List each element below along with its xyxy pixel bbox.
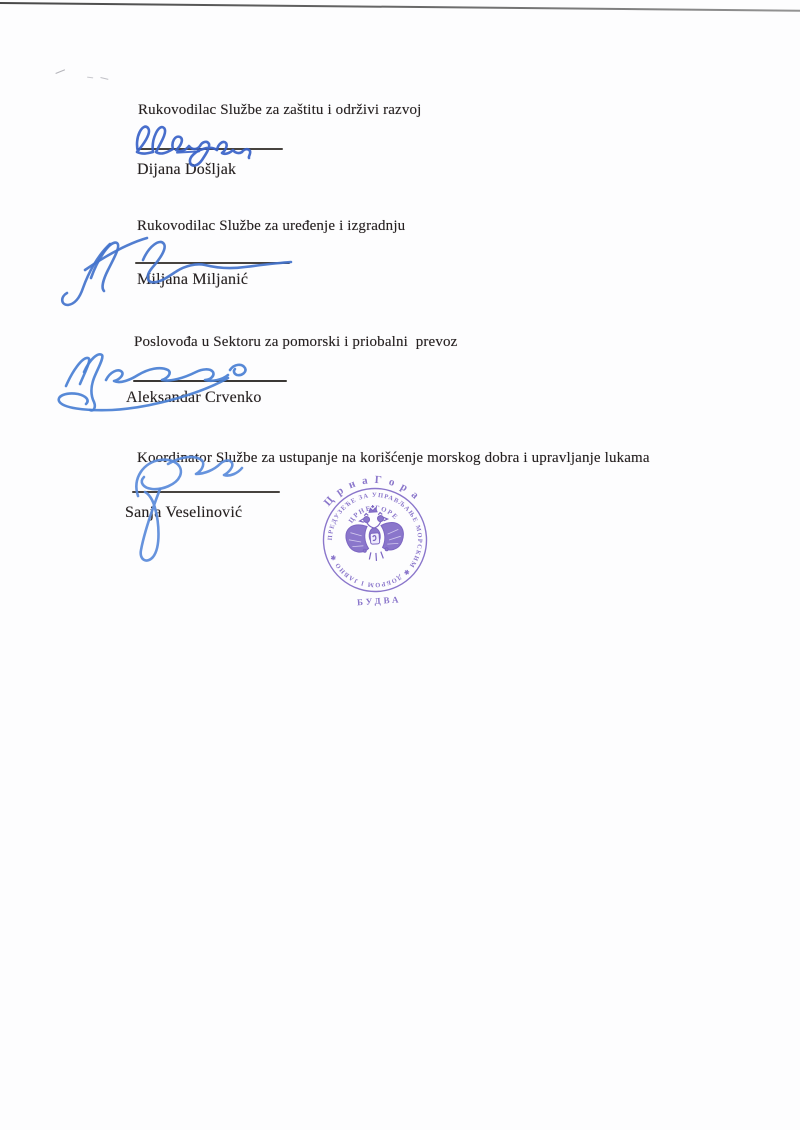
scanned-page: Rukovodilac Službe za zaštitu i održivi … xyxy=(0,0,800,1130)
pencil-mark xyxy=(55,69,66,77)
stamp-outer-text: Ц р н а Г о р а xyxy=(320,471,423,510)
pencil-mark xyxy=(87,77,93,81)
signature-ink xyxy=(128,112,298,170)
stamp-city-text: БУДВА xyxy=(357,594,402,607)
signature-ink xyxy=(50,342,265,417)
scan-edge-line xyxy=(0,2,800,12)
signature-ink xyxy=(55,228,300,308)
official-stamp: Ц р н а Г о р а ПРЕДУЗЕЋЕ ЗА УПРАВЉАЊЕ М… xyxy=(293,458,457,622)
signature-ink xyxy=(108,452,258,567)
coat-of-arms-eagle xyxy=(344,503,405,563)
pencil-mark xyxy=(100,72,109,80)
